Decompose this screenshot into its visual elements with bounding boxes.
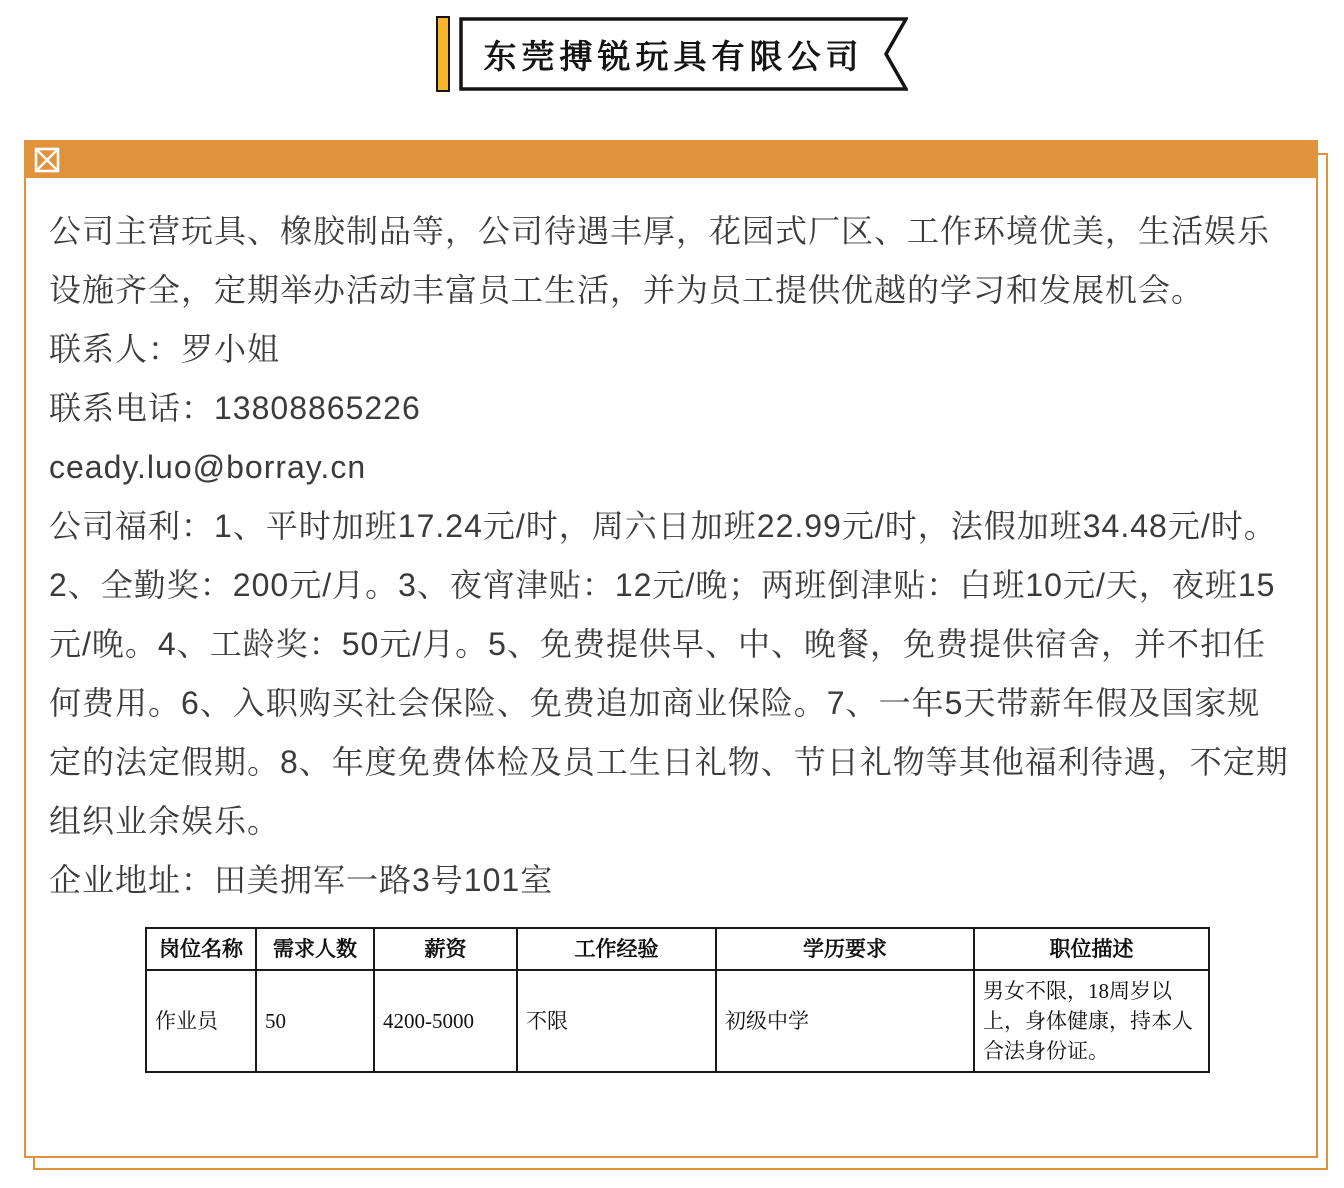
banner-accent-bar — [436, 16, 450, 92]
cell-experience: 不限 — [517, 970, 716, 1072]
col-header-experience: 工作经验 — [517, 928, 716, 970]
contact-email: ceady.luo@borray.cn — [49, 438, 1292, 497]
company-name-ribbon: 东莞搏锐玩具有限公司 — [459, 17, 908, 91]
company-banner: 东莞搏锐玩具有限公司 — [0, 14, 1344, 94]
cell-headcount: 50 — [256, 970, 374, 1072]
card-header-bar — [26, 142, 1316, 178]
broken-image-icon — [34, 147, 60, 173]
col-header-job-title: 岗位名称 — [146, 928, 256, 970]
contact-phone: 联系电话：13808865226 — [49, 379, 1292, 438]
company-benefits: 公司福利：1、平时加班17.24元/时，周六日加班22.99元/时，法假加班34… — [49, 497, 1292, 851]
col-header-description: 职位描述 — [974, 928, 1209, 970]
cell-salary: 4200-5000 — [374, 970, 517, 1072]
cell-description: 男女不限，18周岁以上，身体健康，持本人合法身份证。 — [974, 970, 1209, 1072]
col-header-salary: 薪资 — [374, 928, 517, 970]
company-intro: 公司主营玩具、橡胶制品等，公司待遇丰厚，花园式厂区、工作环境优美，生活娱乐设施齐… — [49, 202, 1292, 320]
cell-education: 初级中学 — [716, 970, 974, 1072]
job-table-header-row: 岗位名称 需求人数 薪资 工作经验 学历要求 职位描述 — [146, 928, 1209, 970]
card-body: 公司主营玩具、橡胶制品等，公司待遇丰厚，花园式厂区、工作环境优美，生活娱乐设施齐… — [26, 178, 1316, 1073]
col-header-education: 学历要求 — [716, 928, 974, 970]
job-post-card: 公司主营玩具、橡胶制品等，公司待遇丰厚，花园式厂区、工作环境优美，生活娱乐设施齐… — [24, 140, 1318, 1158]
job-table-row: 作业员 50 4200-5000 不限 初级中学 男女不限，18周岁以上，身体健… — [146, 970, 1209, 1072]
col-header-headcount: 需求人数 — [256, 928, 374, 970]
company-address: 企业地址：田美拥军一路3号101室 — [49, 851, 1292, 910]
contact-person: 联系人：罗小姐 — [49, 320, 1292, 379]
job-table: 岗位名称 需求人数 薪资 工作经验 学历要求 职位描述 作业员 50 4200-… — [145, 927, 1210, 1073]
company-name: 东莞搏锐玩具有限公司 — [459, 17, 908, 91]
cell-job-title: 作业员 — [146, 970, 256, 1072]
